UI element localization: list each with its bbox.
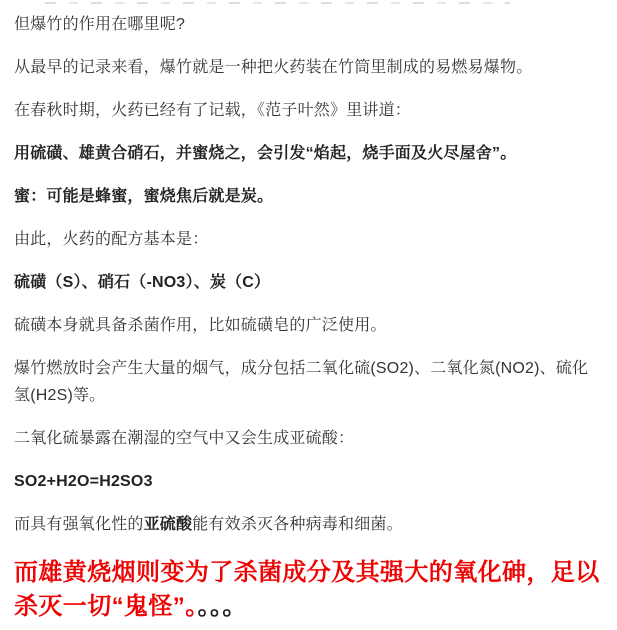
paragraph-spring-autumn: 在春秋时期，火药已经有了记载，《范子叶然》里讲道：	[14, 97, 603, 124]
emphasis-red-paragraph: 而雄黄烧烟则变为了杀菌成分及其强大的氧化砷，足以杀灭一切“鬼怪”。。。。	[14, 556, 603, 624]
paragraph-sulfur-soap: 硫磺本身就具备杀菌作用，比如硫磺皂的广泛使用。	[14, 312, 603, 339]
emphasis-dark-dots: 。。。	[198, 593, 247, 620]
article-body: 但爆竹的作用在哪里呢? 从最早的记录来看，爆竹就是一种把火药装在竹筒里制成的易燃…	[0, 0, 617, 624]
paragraph-formula-intro: 由此，火药的配方基本是：	[14, 226, 603, 253]
paragraph-oxidizing-bold-term: 亚硫酸	[144, 516, 193, 533]
cropped-text-remnant	[45, 2, 510, 4]
paragraph-sulfurous-acid-intro: 二氧化硫暴露在潮湿的空气中又会生成亚硫酸：	[14, 425, 603, 452]
paragraph-recipe-quote: 用硫磺、雄黄合硝石，并蜜烧之，会引发“焰起，烧手面及火尽屋舍”。	[14, 140, 603, 167]
chemical-equation: SO2+H2O=H2SO3	[14, 468, 603, 495]
paragraph-oxidizing-post: 能有效杀灭各种病毒和细菌。	[192, 516, 403, 533]
paragraph-oxidizing-pre: 而具有强氧化性的	[14, 516, 144, 533]
paragraph-honey-note: 蜜：可能是蜂蜜，蜜烧焦后就是炭。	[14, 183, 603, 210]
paragraph-earliest-record: 从最早的记录来看，爆竹就是一种把火药装在竹筒里制成的易燃易爆物。	[14, 54, 603, 81]
paragraph-oxidizing: 而具有强氧化性的亚硫酸能有效杀灭各种病毒和细菌。	[14, 511, 603, 538]
paragraph-ingredients: 硫磺（S）、硝石（-NO3）、炭（C）	[14, 269, 603, 296]
paragraph-smoke-components: 爆竹燃放时会产生大量的烟气，成分包括二氧化硫(SO2)、二氧化氮(NO2)、硫化…	[14, 355, 603, 409]
emphasis-red-text: 而雄黄烧烟则变为了杀菌成分及其强大的氧化砷，足以杀灭一切“鬼怪”。	[14, 559, 600, 620]
paragraph-question: 但爆竹的作用在哪里呢?	[14, 11, 603, 38]
